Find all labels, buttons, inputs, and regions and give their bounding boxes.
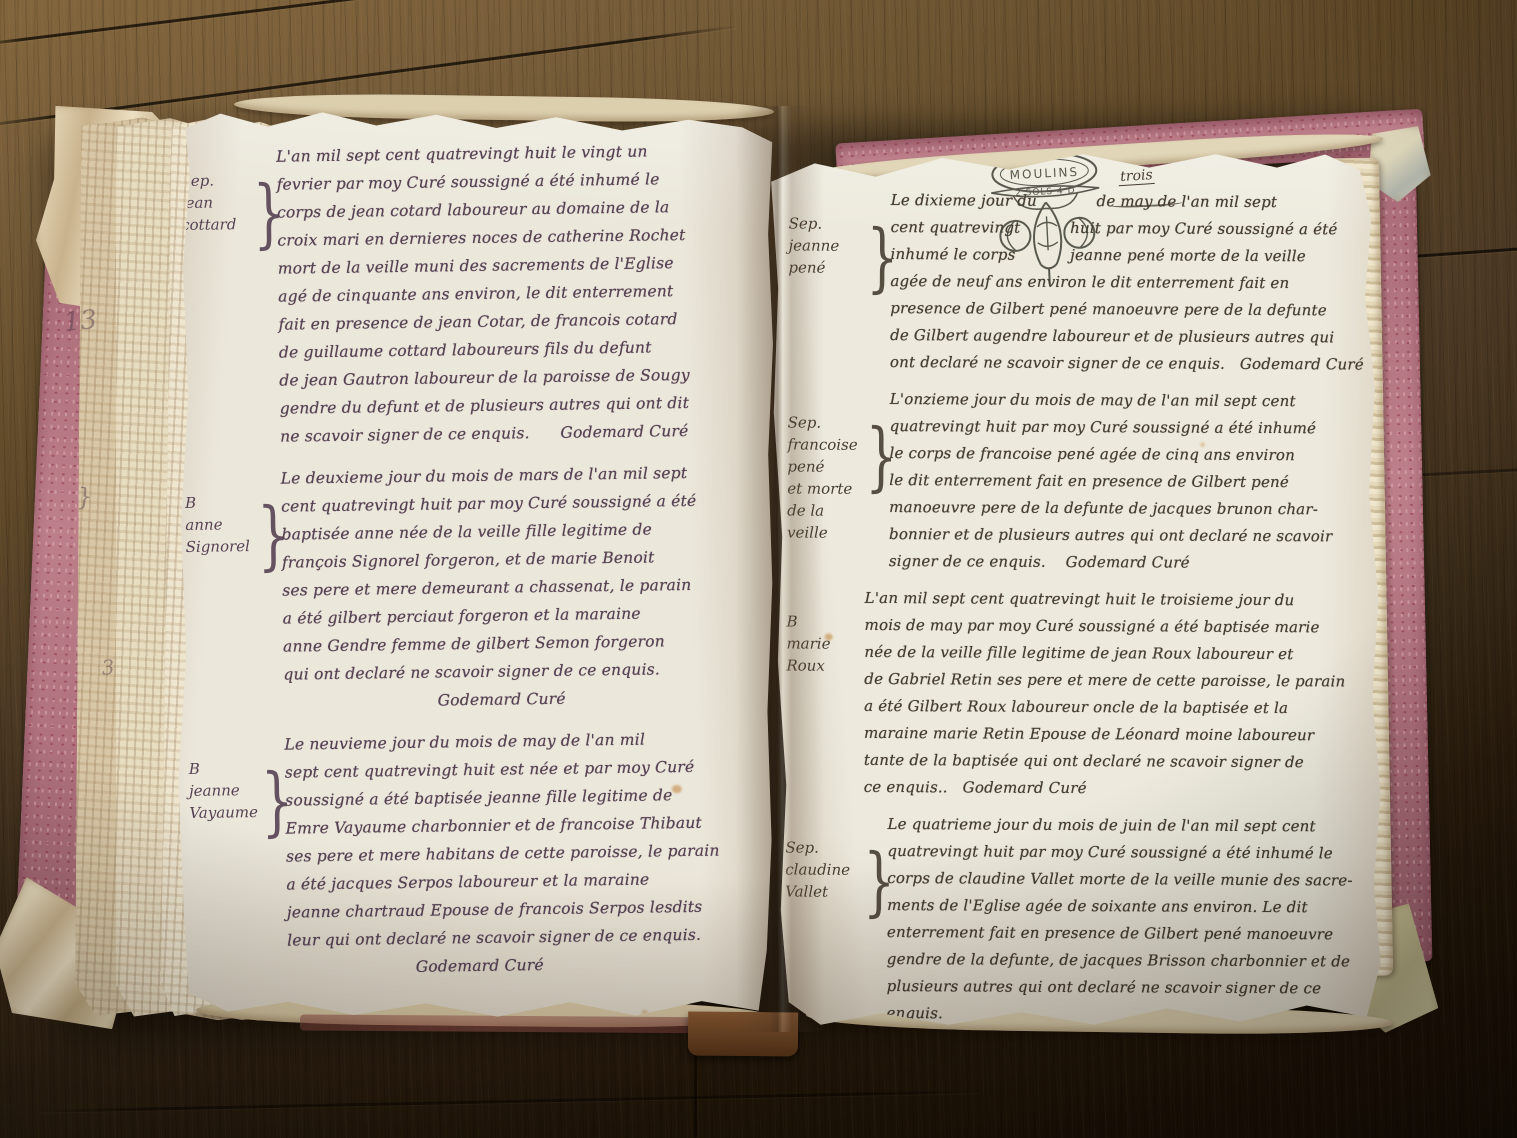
left-page-text: Sep. jean cottard } L'an mil sept cent q… — [180, 136, 766, 998]
margin-brace-icon: } — [252, 152, 277, 251]
edge-ink-mark: 3 — [101, 655, 132, 678]
register-entry: Sep. francoise pené et morte de la veill… — [787, 385, 1368, 577]
inserted-correction-word: trois — [1118, 168, 1155, 186]
margin-note: B jeanne Vayaume — [188, 731, 261, 824]
margin-brace-icon: } — [863, 820, 888, 919]
right-page: MOULINS 2 SOLS 4 D trois Sep. jeanne pen… — [766, 138, 1386, 1034]
margin-note: Sep. francoise pené et morte de la veill… — [787, 385, 866, 543]
margin-note: Sep. claudine Vallet — [785, 810, 863, 902]
entry-text: L'an mil sept cent quatrevingt huit le t… — [864, 585, 1367, 804]
margin-note: B anne Signorel — [185, 465, 258, 558]
right-page-text: Sep. jeanne pené } Le dixieme jour du de… — [784, 186, 1369, 1034]
generalite-moulins-tax-stamp-icon: MOULINS 2 SOLS 4 D — [981, 143, 1113, 309]
margin-brace-icon: } — [865, 395, 890, 494]
foxing-spot — [1200, 442, 1205, 447]
register-entry: Sep. claudine Vallet } Le quatrieme jour… — [784, 810, 1365, 1034]
register-entry: Sep. jean cottard } L'an mil sept cent q… — [180, 136, 758, 452]
plank-seam — [40, 1090, 980, 1113]
margin-brace-icon: } — [260, 740, 285, 839]
photo-parish-register: 13}3 – 1 Sep. jean cottard } L'an mil se… — [0, 0, 1517, 1138]
register-entry: B marie Roux L'an mil sept cent quatrevi… — [786, 584, 1367, 803]
entry-text: Le dixieme jour du de may de l'an mil se… — [890, 187, 1369, 379]
entry-text: Le neuvieme jour du mois de may de l'an … — [284, 724, 765, 983]
register-entry: B anne Signorel } Le deuxieme jour du mo… — [185, 458, 762, 718]
margin-note: Sep. jeanne pené — [788, 186, 866, 278]
margin-note: B marie Roux — [786, 584, 864, 676]
margin-brace-icon: } — [866, 196, 891, 295]
edge-ink-mark: 13 — [63, 307, 98, 336]
margin-note: Sep. jean cottard — [180, 143, 253, 236]
plank-seam — [694, 1048, 697, 1138]
entry-text: L'an mil sept cent quatrevingt huit le v… — [276, 136, 758, 451]
edge-ink-mark: } — [76, 482, 115, 510]
entry-text: Le deuxieme jour du mois de mars de l'an… — [281, 458, 762, 717]
left-page: – 1 Sep. jean cottard } L'an mil sept ce… — [174, 102, 779, 1023]
register-entry: B jeanne Vayaume } Le neuvieme jour du m… — [188, 724, 765, 984]
entry-text: L'onzieme jour du mois de may de l'an mi… — [889, 386, 1368, 578]
foxing-spot — [825, 633, 833, 640]
margin-brace-icon: } — [257, 474, 282, 573]
cover-board-under-edge — [300, 1014, 740, 1033]
plank-seam — [0, 0, 399, 47]
entry-text: Le quatrieme jour du mois de juin de l'a… — [886, 811, 1365, 1034]
stamp-band-text: 2 SOLS 4 D — [1015, 186, 1076, 199]
leather-spine-bottom — [688, 1012, 798, 1057]
foxing-spot — [672, 785, 682, 793]
stamp-arc-text: MOULINS — [1009, 165, 1079, 182]
